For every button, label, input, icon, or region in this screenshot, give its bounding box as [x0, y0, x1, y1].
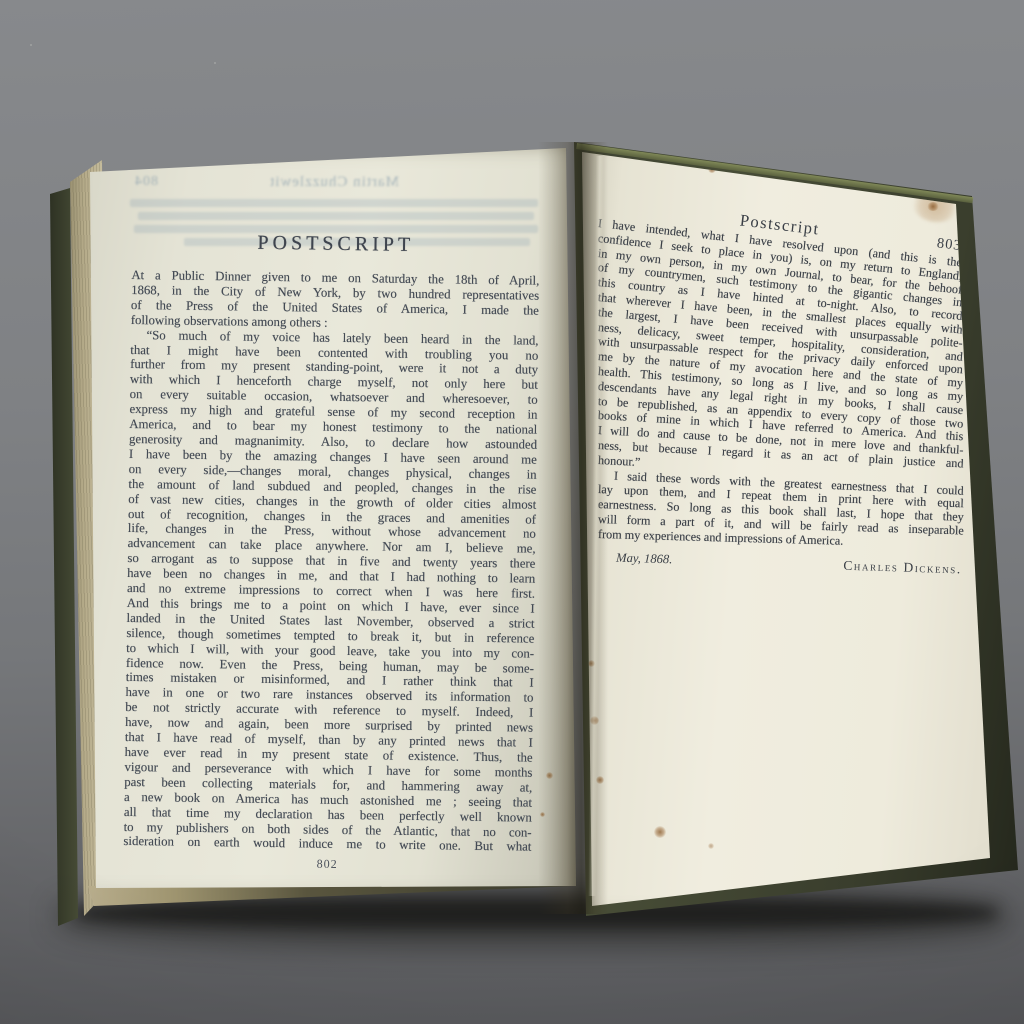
show-through-line — [130, 199, 538, 207]
book-shadow — [76, 898, 996, 928]
signature-row: May, 1868. Charles Dickens. — [598, 550, 964, 581]
show-through-title: Martin Chuzzlewit — [269, 174, 399, 190]
right-page-text-block: Postscript 803 I have intended, what I h… — [598, 194, 964, 570]
author-signature: Charles Dickens. — [843, 557, 962, 577]
foxing-spot — [546, 772, 553, 779]
chapter-heading: POSTSCRIPT — [132, 230, 540, 259]
show-through-folio: 804 — [134, 174, 158, 190]
right-page: Postscript 803 I have intended, what I h… — [576, 146, 994, 910]
foxing-spot — [654, 826, 666, 838]
foxing-spot — [708, 843, 714, 849]
foxing-spot — [927, 202, 939, 211]
left-page-body: At a Public Dinner given to me on Saturd… — [123, 268, 539, 855]
foxing-spot — [540, 812, 545, 817]
page-number-left: 802 — [123, 854, 531, 875]
show-through-running-header: Martin Chuzzlewit 804 — [128, 174, 540, 194]
show-through-line — [138, 212, 534, 220]
right-page-body: I have intended, what I have resolved up… — [598, 216, 964, 542]
dust-speck — [30, 44, 32, 46]
left-page-text-block: POSTSCRIPT At a Public Dinner given to m… — [123, 230, 540, 875]
dust-speck — [214, 62, 216, 64]
date-line: May, 1868. — [616, 550, 673, 567]
left-page: Martin Chuzzlewit 804 POSTSCRIPT At a Pu… — [84, 144, 576, 892]
photo-background: Martin Chuzzlewit 804 POSTSCRIPT At a Pu… — [0, 0, 1024, 1024]
